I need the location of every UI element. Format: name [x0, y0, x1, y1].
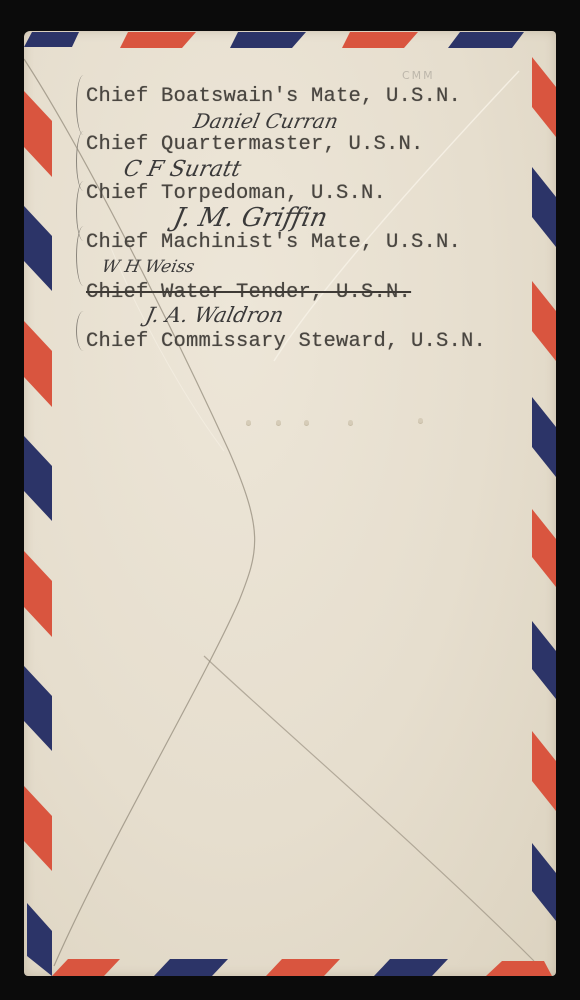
- emboss-dot: [304, 420, 309, 425]
- emboss-dot: [246, 420, 251, 425]
- typed-rank-line-struck: Chief Water Tender, U.S.N.: [86, 281, 411, 304]
- signature: J. M. Griffin: [171, 203, 330, 233]
- typed-rank-line: Chief Machinist's Mate, U.S.N.: [86, 231, 461, 254]
- airmail-envelope: CMM Chief Boatswain's Mate, U.S.N. Chief…: [24, 31, 556, 976]
- typed-rank-line: Chief Torpedoman, U.S.N.: [86, 182, 386, 205]
- emboss-dot: [418, 418, 423, 423]
- airmail-border-stripes: [24, 31, 556, 976]
- signature: J. A. Waldron: [143, 303, 285, 327]
- typed-rank-line: Chief Commissary Steward, U.S.N.: [86, 330, 486, 353]
- typed-rank-line: Chief Boatswain's Mate, U.S.N.: [86, 85, 461, 108]
- signature: C F Suratt: [121, 157, 243, 182]
- typed-rank-line: Chief Quartermaster, U.S.N.: [86, 133, 424, 156]
- signature: Daniel Curran: [191, 109, 340, 133]
- emboss-dot: [276, 420, 281, 425]
- emboss-dot: [348, 420, 353, 425]
- pencil-note: CMM: [402, 69, 435, 82]
- signature: W H Weiss: [100, 257, 196, 277]
